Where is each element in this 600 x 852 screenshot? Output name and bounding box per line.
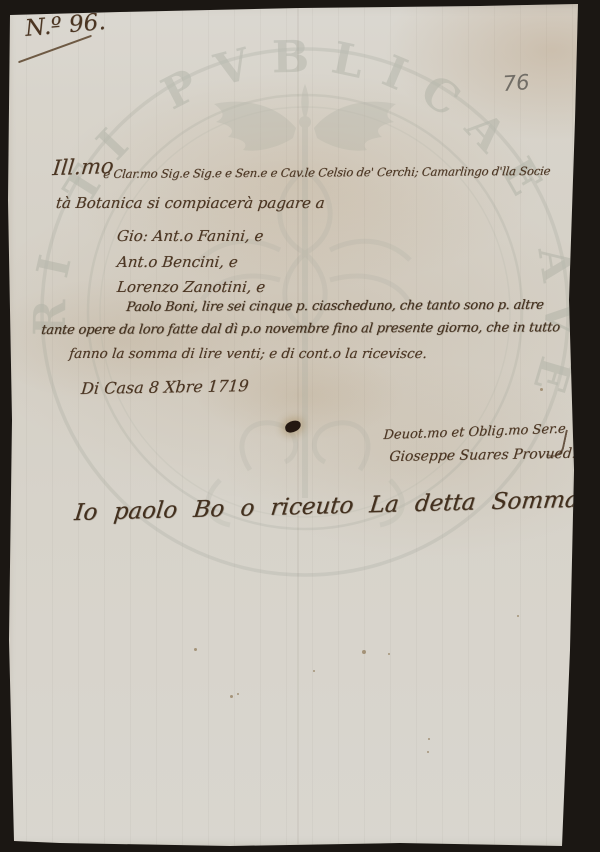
folio-number: 76 — [502, 70, 530, 96]
payee-line-2: Ant.o Bencini, e — [116, 253, 239, 271]
payee-line-1: Gio: Ant.o Fanini, e — [116, 227, 264, 245]
letter-line-8: fanno la somma di lire venti; e di cont.… — [68, 346, 427, 362]
letter-line-2: tà Botanica si compiacerà pagare a — [55, 194, 326, 212]
manuscript-sheet: RI TI PVBLICAE AVE — [0, 0, 600, 852]
letter-line-7: tante opere da loro fatte dal dì p.o nov… — [41, 320, 561, 338]
dateline: Di Casa 8 Xbre 1719 — [80, 376, 249, 398]
letter-line-6: Paolo Boni, lire sei cinque p. ciaschedu… — [126, 298, 545, 315]
payee-line-3: Lorenzo Zanotini, e — [116, 278, 266, 296]
signature-name: Gioseppe Suares Provued. — [389, 446, 577, 465]
